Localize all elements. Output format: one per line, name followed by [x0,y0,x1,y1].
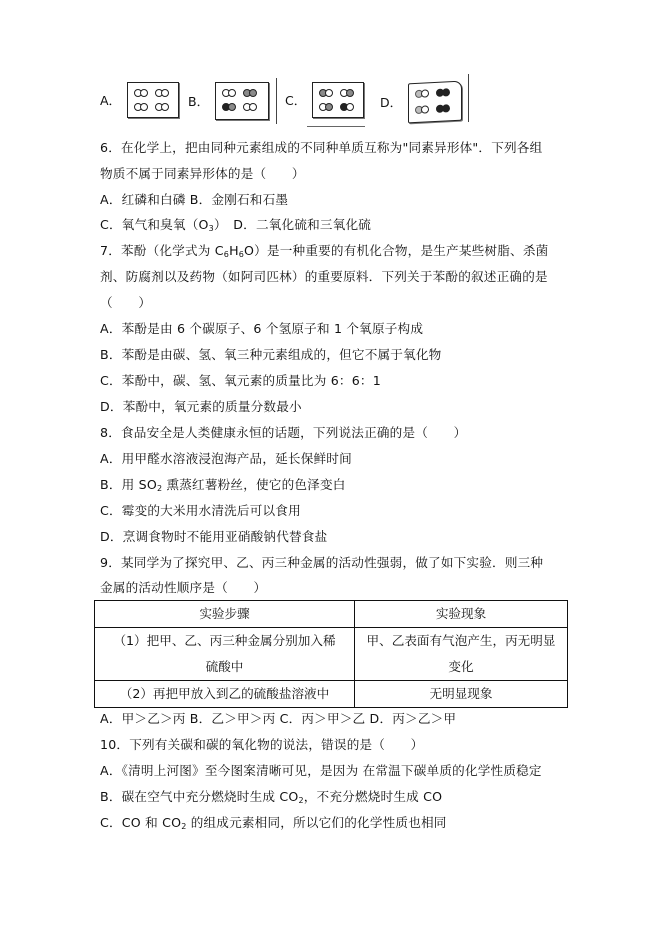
text: 熏蒸红薯粉丝，使它的色泽变白 [162,477,345,492]
q5-option-c[interactable]: C． [285,82,364,118]
option-label: C． [285,91,306,109]
table-header-row: 实验步骤 实验现象 [95,601,568,628]
divider [276,78,277,124]
table-header-result: 实验现象 [355,601,568,628]
q5-option-a[interactable]: A． [100,82,179,118]
q7-stem-line3: （ ） [100,295,151,311]
cell-text: 硫酸中 [99,654,350,680]
molecule-diagram-b [215,82,269,120]
molecule-icon [155,89,167,97]
q7-stem-line2: 剂、防腐剂以及药物（如阿司匹林）的重要原料．下列关于苯酚的叙述正确的是 [100,269,548,285]
option-label: A． [100,91,121,109]
q7-option-c[interactable]: C．苯酚中，碳、氢、氧元素的质量比为 6：6：1 [100,373,381,389]
divider [468,74,469,122]
cell-text: 变化 [359,654,563,680]
text: B．碳在空气中充分燃烧时生成 CO [100,789,298,804]
q6-option-d-text: ） D．二氧化硫和三氧化硫 [214,217,371,232]
text: ，不充分燃烧时生成 CO [304,789,442,804]
q6-option-c-text: C．氧气和臭氧（O [100,217,209,232]
q9-options[interactable]: A．甲＞乙＞丙 B．乙＞甲＞丙 C．丙＞甲＞乙 D．丙＞乙＞甲 [100,711,456,727]
text: H [229,243,239,258]
table-cell-result: 甲、乙表面有气泡产生，丙无明显 变化 [355,628,568,681]
q8-option-b[interactable]: B．用 SO2 熏蒸红薯粉丝，使它的色泽变白 [100,477,346,493]
q5-option-d[interactable]: D． [380,82,462,122]
q8-option-d[interactable]: D．烹调食物时不能用亚硝酸钠代替食盐 [100,529,327,545]
divider [307,126,365,127]
q6-options-ab[interactable]: A．红磷和白磷 B．金刚石和石墨 [100,192,288,208]
cell-text: 甲、乙表面有气泡产生，丙无明显 [359,628,563,654]
table-cell-step: （2）再把甲放入到乙的硫酸盐溶液中 [95,681,355,708]
q8-option-c[interactable]: C．霉变的大米用水清洗后可以食用 [100,503,301,519]
molecule-icon [243,89,255,97]
table-header-step: 实验步骤 [95,601,355,628]
molecule-icon [319,89,331,97]
molecule-icon [243,103,255,111]
table-row: （1）把甲、乙、丙三种金属分别加入稀 硫酸中 甲、乙表面有气泡产生，丙无明显 变… [95,628,568,681]
q10-option-c[interactable]: C．CO 和 CO2 的组成元素相同，所以它们的化学性质也相同 [100,815,447,831]
molecule-icon [340,103,352,111]
molecule-diagram-a [127,82,179,118]
option-label: B． [188,92,209,110]
q8-stem: 8．食品安全是人类健康永恒的话题，下列说法正确的是（ ） [100,425,466,441]
q10-option-b[interactable]: B．碳在空气中充分燃烧时生成 CO2，不充分燃烧时生成 CO [100,789,442,805]
text: B．用 SO [100,477,157,492]
q9-stem-line1: 9．某同学为了探究甲、乙、丙三种金属的活动性强弱，做了如下实验．则三种 [100,555,543,571]
text: 7．苯酚（化学式为 C [100,243,224,258]
cell-text: （1）把甲、乙、丙三种金属分别加入稀 [99,628,350,654]
molecule-diagram-c [312,82,364,118]
table-cell-step: （1）把甲、乙、丙三种金属分别加入稀 硫酸中 [95,628,355,681]
q10-stem: 10．下列有关碳和碳的氧化物的说法，错误的是（ ） [100,737,423,753]
option-label: D． [380,93,402,111]
experiment-table: 实验步骤 实验现象 （1）把甲、乙、丙三种金属分别加入稀 硫酸中 甲、乙表面有气… [94,600,568,708]
q7-option-a[interactable]: A．苯酚是由 6 个碳原子、6 个氢原子和 1 个氧原子构成 [100,321,423,337]
molecule-icon [222,103,234,111]
text: C．CO 和 CO [100,815,181,830]
molecule-icon [415,105,427,114]
molecule-icon [319,103,331,111]
molecule-icon [436,104,448,113]
table-cell-result: 无明显现象 [355,681,568,708]
text: O）是一种重要的有机化合物，是生产某些树脂、杀菌 [244,243,548,258]
q5-option-b[interactable]: B． [188,82,269,120]
q7-option-d[interactable]: D．苯酚中，氧元素的质量分数最小 [100,399,302,415]
molecule-icon [222,89,234,97]
table-row: （2）再把甲放入到乙的硫酸盐溶液中 无明显现象 [95,681,568,708]
molecule-icon [134,103,146,111]
molecule-diagram-d [408,81,462,124]
q9-stem-line2: 金属的活动性顺序是（ ） [100,580,266,596]
q6-options-cd[interactable]: C．氧气和臭氧（O3） D．二氧化硫和三氧化硫 [100,217,371,233]
q7-stem-line1: 7．苯酚（化学式为 C6H6O）是一种重要的有机化合物，是生产某些树脂、杀菌 [100,243,548,259]
molecule-icon [340,89,352,97]
molecule-icon [155,103,167,111]
q6-stem-line1: 6．在化学上，把由同种元素组成的不同种单质互称为"同素异形体"．下列各组 [100,140,542,156]
q7-option-b[interactable]: B．苯酚是由碳、氢、氧三种元素组成的，但它不属于氧化物 [100,347,441,363]
molecule-icon [134,89,146,97]
molecule-icon [415,89,427,98]
text: 的组成元素相同，所以它们的化学性质也相同 [187,815,447,830]
q8-option-a[interactable]: A．用甲醛水溶液浸泡海产品，延长保鲜时间 [100,451,352,467]
q10-option-a[interactable]: A．《清明上河图》至今图案清晰可见，是因为 在常温下碳单质的化学性质稳定 [100,763,542,779]
q6-stem-line2: 物质不属于同素异形体的是（ ） [100,166,305,182]
molecule-icon [436,88,448,97]
